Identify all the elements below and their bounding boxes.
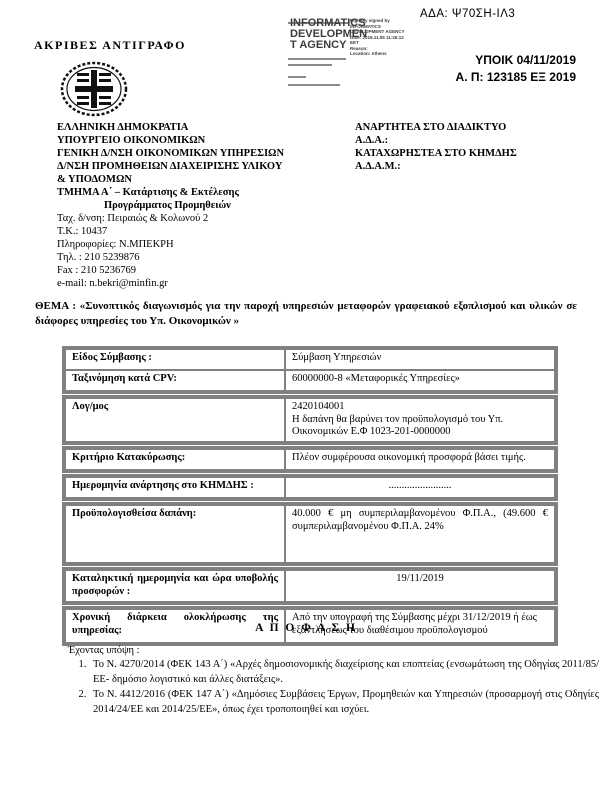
table-row: Είδος Σύμβασης : Σύμβαση Υπηρεσιών xyxy=(66,350,554,369)
row-value: 60000000-8 «Μεταφορικές Υπηρεσίες» xyxy=(286,371,554,390)
contact-phone: Τηλ. : 210 5239876 xyxy=(57,251,357,264)
adam-field: Α.Δ.Α.Μ.: xyxy=(355,160,585,173)
legal-references-list: Το Ν. 4270/2014 (ΦΕΚ 143 Α΄) «Αρχές δημο… xyxy=(68,658,599,718)
stamp-small-line: Location: Athens xyxy=(350,51,455,57)
ministry-date: ΥΠΟΙΚ 04/11/2019 xyxy=(456,52,576,69)
table-row: Ημερομηνία ανάρτησης στο ΚΗΜΔΗΣ : ......… xyxy=(66,478,554,497)
contact-fax: Fax : 210 5236769 xyxy=(57,264,357,277)
stamp-signature-details: Digitally signed by INFORMATICS DEVELOPM… xyxy=(350,18,455,57)
table-segment: Καταληκτική ημερομηνία και ώρα υποβολής … xyxy=(62,567,558,605)
table-segment: Λογ/μος 2420104001 Η δαπάνη θα βαρύνει τ… xyxy=(62,395,558,445)
table-row: Προϋπολογισθείσα δαπάνη: 40.000 € μη συμ… xyxy=(66,506,554,562)
authority-line: ΤΜΗΜΑ Α΄ – Κατάρτισης & Εκτέλεσης xyxy=(57,186,357,199)
having-regard-label: Έχοντας υπόψη : xyxy=(68,645,140,656)
table-segment: Κριτήριο Κατακύρωσης: Πλέον συμφέρουσα ο… xyxy=(62,446,558,473)
protocol-number: Α. Π: 123185 ΕΞ 2019 xyxy=(456,69,576,86)
issuing-authority-block: ΕΛΛΗΝΙΚΗ ΔΗΜΟΚΡΑΤΙΑ ΥΠΟΥΡΓΕΙΟ ΟΙΚΟΝΟΜΙΚΩ… xyxy=(57,121,357,290)
table-segment: Είδος Σύμβασης : Σύμβαση Υπηρεσιών Ταξιν… xyxy=(62,346,558,394)
authority-line: ΓΕΝΙΚΗ Δ/ΝΣΗ ΟΙΚΟΝΟΜΙΚΩΝ ΥΠΗΡΕΣΙΩΝ xyxy=(57,147,357,160)
row-value: 40.000 € μη συμπεριλαμβανομένου Φ.Π.Α., … xyxy=(286,506,554,562)
authority-line: Προγράμματος Προμηθειών xyxy=(57,199,357,212)
contact-person: Πληροφορίες: Ν.ΜΠΕΚΡΗ xyxy=(57,238,357,251)
greek-coat-of-arms-icon xyxy=(58,60,130,123)
ada-field: Α.Δ.Α.: xyxy=(355,134,585,147)
contact-postcode: Τ.Κ.: 10437 xyxy=(57,225,357,238)
table-segment: Ημερομηνία ανάρτησης στο ΚΗΜΔΗΣ : ......… xyxy=(62,474,558,501)
row-label: Ημερομηνία ανάρτησης στο ΚΗΜΔΗΣ : xyxy=(66,478,284,497)
row-value: 19/11/2019 xyxy=(286,571,554,601)
row-value: Σύμβαση Υπηρεσιών xyxy=(286,350,554,369)
publication-line: ΑΝΑΡΤΗΤΕΑ ΣΤΟ ΔΙΑΔΙΚΤΥΟ xyxy=(355,121,585,134)
certified-copy-label: ΑΚΡΙΒΕΣ ΑΝΤΙΓΡΑΦΟ xyxy=(34,38,186,53)
authority-line: ΕΛΛΗΝΙΚΗ ΔΗΜΟΚΡΑΤΙΑ xyxy=(57,121,357,134)
authority-line: & ΥΠΟΔΟΜΩΝ xyxy=(57,173,357,186)
legal-reference-item: Το Ν. 4412/2016 (ΦΕΚ 147 Α΄) «Δημόσιες Σ… xyxy=(89,688,599,717)
digital-signature-stamp: INFORMATICS DEVELOPMEN T AGENCY Digitall… xyxy=(288,14,458,80)
table-segment: Προϋπολογισθείσα δαπάνη: 40.000 € μη συμ… xyxy=(62,502,558,566)
row-value: Πλέον συμφέρουσα οικονομική προσφορά βάσ… xyxy=(286,450,554,469)
protocol-block: ΥΠΟΙΚ 04/11/2019 Α. Π: 123185 ΕΞ 2019 xyxy=(456,52,576,86)
document-page: ΑΔΑ: Ψ70ΣΗ-ΙΛ3 ΑΚΡΙΒΕΣ ΑΝΤΙΓΡΑΦΟ INFORMA… xyxy=(0,0,612,792)
contract-summary-table: Είδος Σύμβασης : Σύμβαση Υπηρεσιών Ταξιν… xyxy=(62,346,558,647)
row-label: Είδος Σύμβασης : xyxy=(66,350,284,369)
row-label: Λογ/μος xyxy=(66,399,284,441)
row-value: 2420104001 Η δαπάνη θα βαρύνει τον προϋπ… xyxy=(286,399,554,441)
legal-reference-item: Το Ν. 4270/2014 (ΦΕΚ 143 Α΄) «Αρχές δημο… xyxy=(89,658,599,687)
subject-paragraph: ΘΕΜΑ : «Συνοπτικός διαγωνισμός για την π… xyxy=(35,299,577,329)
row-label: Κριτήριο Κατακύρωσης: xyxy=(66,450,284,469)
row-label: Ταξινόμηση κατά CPV: xyxy=(66,371,284,390)
publication-line: ΚΑΤΑΧΩΡΗΣΤΕΑ ΣΤΟ ΚΗΜΔΗΣ xyxy=(355,147,585,160)
contact-email: e-mail: n.bekri@minfin.gr xyxy=(57,277,357,290)
table-row: Λογ/μος 2420104001 Η δαπάνη θα βαρύνει τ… xyxy=(66,399,554,441)
table-row: Ταξινόμηση κατά CPV: 60000000-8 «Μεταφορ… xyxy=(66,371,554,390)
contact-address: Ταχ. δ/νση: Πειραιώς & Κολωνού 2 xyxy=(57,212,357,225)
table-row: Καταληκτική ημερομηνία και ώρα υποβολής … xyxy=(66,571,554,601)
table-row: Κριτήριο Κατακύρωσης: Πλέον συμφέρουσα ο… xyxy=(66,450,554,469)
publication-notes-block: ΑΝΑΡΤΗΤΕΑ ΣΤΟ ΔΙΑΔΙΚΤΥΟ Α.Δ.Α.: ΚΑΤΑΧΩΡΗ… xyxy=(355,121,585,173)
decision-heading: Α Π Ο Φ Α Σ Η xyxy=(0,622,612,634)
authority-line: Δ/ΝΣΗ ΠΡΟΜΗΘΕΙΩΝ ΔΙΑΧΕΙΡΙΣΗΣ ΥΛΙΚΟΥ xyxy=(57,160,357,173)
row-value: ........................ xyxy=(286,478,554,497)
row-label: Προϋπολογισθείσα δαπάνη: xyxy=(66,506,284,562)
row-label: Καταληκτική ημερομηνία και ώρα υποβολής … xyxy=(66,571,284,601)
authority-line: ΥΠΟΥΡΓΕΙΟ ΟΙΚΟΝΟΜΙΚΩΝ xyxy=(57,134,357,147)
